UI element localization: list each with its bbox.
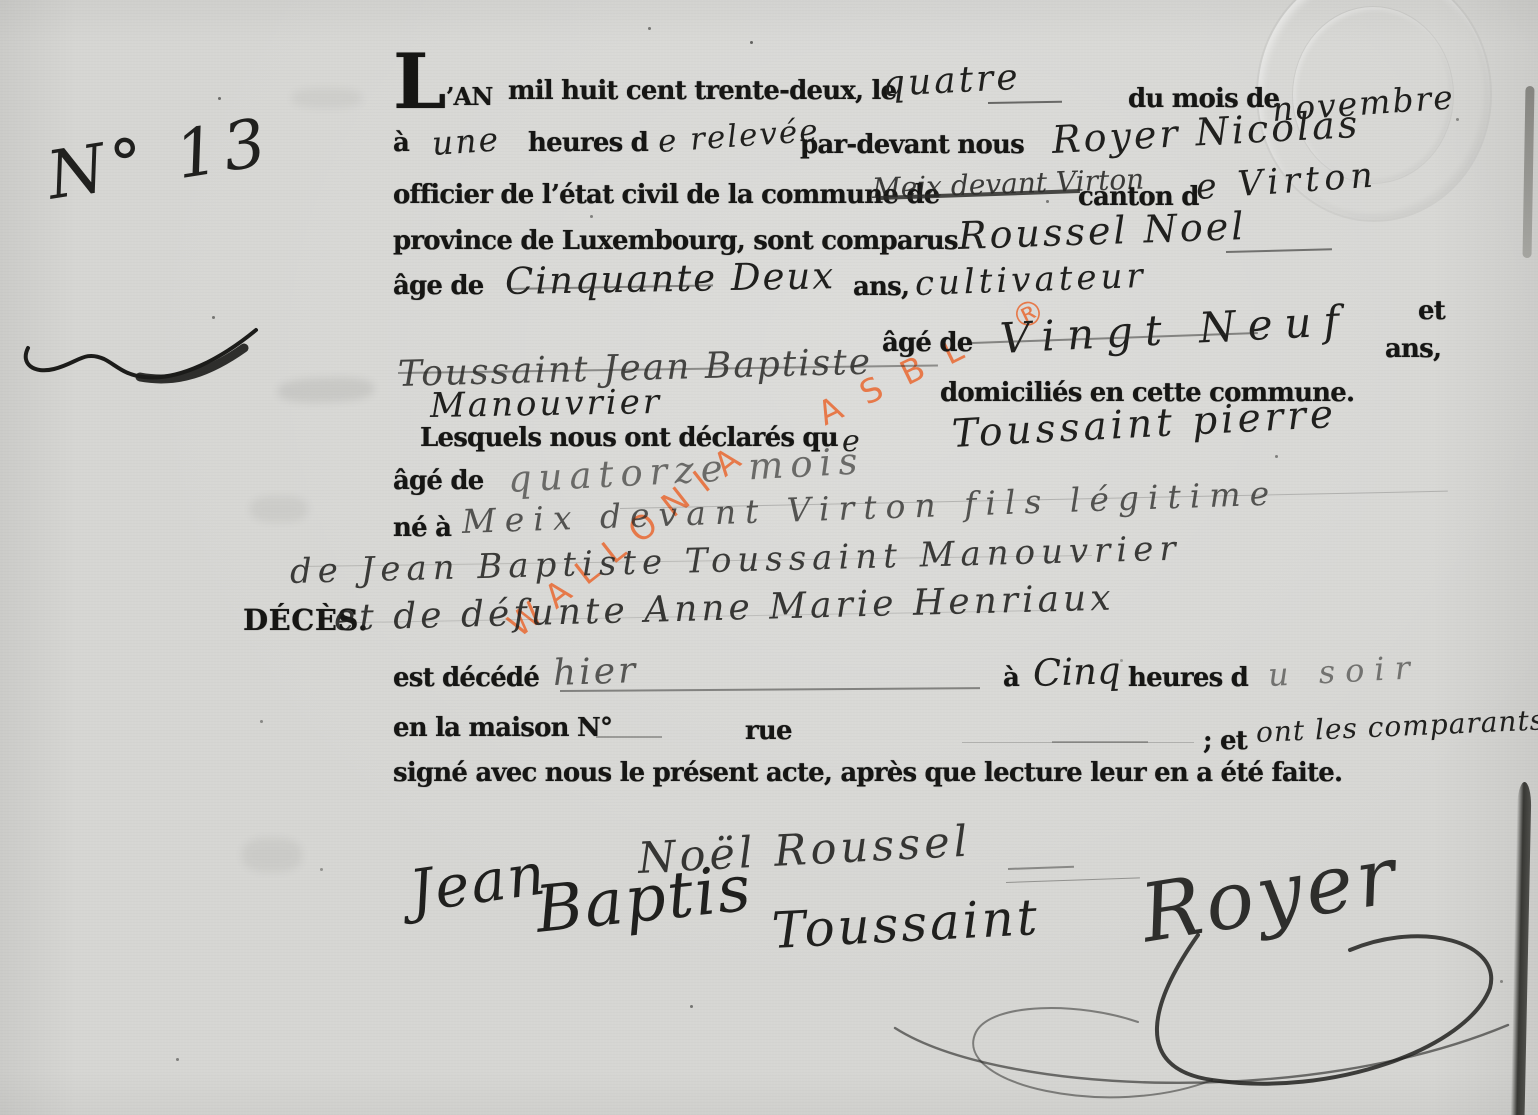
bleed-through-mark <box>242 838 302 872</box>
faint-dash <box>596 736 662 738</box>
printed-text: à <box>1003 663 1019 693</box>
printed-dropcap: L <box>393 44 446 120</box>
bleed-through-mark <box>292 88 362 108</box>
handwritten-profession1: cultivateur <box>914 256 1147 304</box>
printed-text: ; et <box>1203 726 1247 756</box>
signature-royer-flourish <box>880 930 1530 1115</box>
printed-text: âgé de <box>882 328 973 358</box>
printed-text: né à <box>393 513 451 543</box>
handwritten-death-hour: Cinq <box>1032 649 1121 695</box>
bleed-through-mark <box>278 376 375 403</box>
printed-text: rue <box>745 716 792 746</box>
death-record-scan: WALLONIA ASBL ® N° 13 DÉCÈS. L ’AN mil h… <box>0 0 1538 1115</box>
printed-text: est décédé <box>393 663 539 693</box>
handwritten-profession2: Manouvrier <box>430 382 663 426</box>
handwritten-age1: Cinquante Deux <box>505 254 836 303</box>
handwritten-day: quatre <box>881 57 1022 105</box>
printed-text: ans, <box>1385 334 1441 364</box>
printed-text: province de Luxembourg, sont comparus <box>393 226 958 256</box>
faint-hairline <box>1006 877 1140 883</box>
act-number: N° 13 <box>42 103 277 214</box>
handwritten-death-time: u soir <box>1267 648 1421 694</box>
printed-text: à <box>393 128 409 158</box>
printed-text: ’AN <box>446 82 493 111</box>
printed-text: en la maison N° <box>393 713 612 743</box>
page-edge-shadow-top <box>1522 86 1534 258</box>
printed-text: par-devant nous <box>800 130 1024 160</box>
flourish-under-act-number <box>18 318 268 408</box>
ink-dash <box>1008 866 1074 870</box>
handwritten-declarant1: Roussel Noel <box>957 204 1247 258</box>
faint-hairline <box>962 742 1194 743</box>
handwritten-hour: une <box>431 119 502 163</box>
printed-text: officier de l’état civil de la commune d… <box>393 180 939 210</box>
handwritten-death-day: hier <box>552 650 639 694</box>
printed-text: mil huit cent trente-deux, le <box>508 76 896 106</box>
handwritten-relevee: e relevée <box>657 113 821 160</box>
ink-dash <box>988 101 1062 104</box>
bleed-through-mark <box>250 496 308 522</box>
printed-text: âge de <box>393 271 484 301</box>
printed-text: et <box>1418 296 1445 326</box>
signature-jean: Jean <box>405 839 551 925</box>
ink-dash <box>1226 248 1332 253</box>
printed-text: heures d <box>1128 663 1248 693</box>
handwritten-comparants: ont les comparants <box>1255 703 1538 749</box>
printed-text: âgé de <box>393 466 484 496</box>
printed-text: ans, <box>853 272 909 302</box>
signature-baptis: Baptis <box>532 852 756 948</box>
printed-text: signé avec nous le présent acte, après q… <box>393 758 1342 788</box>
paper-specks <box>218 97 221 100</box>
printed-text: heures d <box>528 128 648 158</box>
